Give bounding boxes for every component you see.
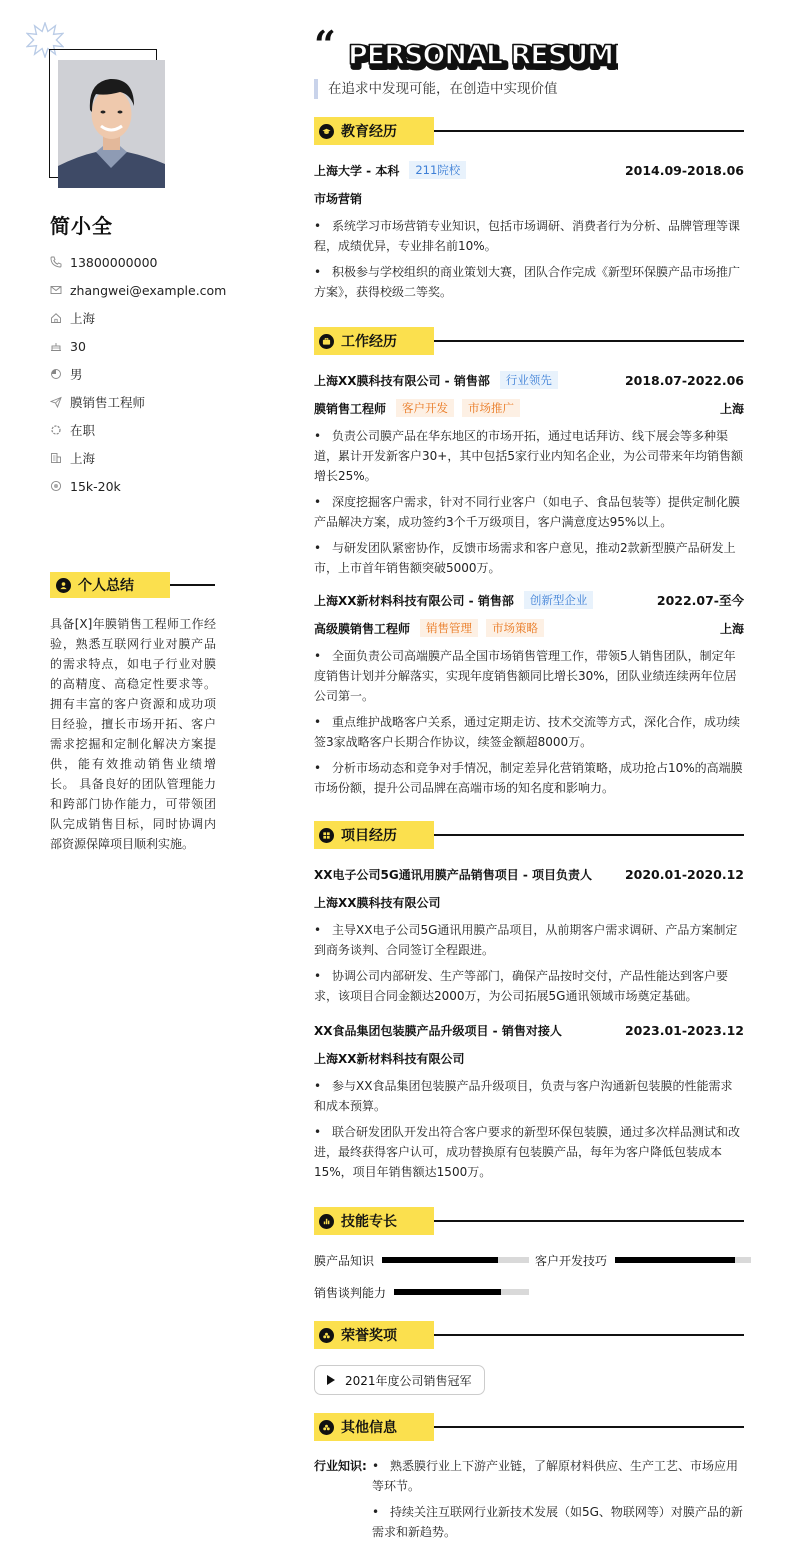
education-date: 2014.09-2018.06 xyxy=(625,163,744,178)
company-tag: 创新型企业 xyxy=(524,591,594,609)
status-icon xyxy=(50,424,62,436)
divider xyxy=(434,340,744,342)
skill-bar xyxy=(615,1257,751,1263)
skills-section-header: 技能专长 xyxy=(314,1207,744,1235)
education-bullets: •系统学习市场营销专业知识，包括市场调研、消费者行为分析、品牌管理等课程，成绩优… xyxy=(314,216,744,308)
award-icon xyxy=(319,1328,334,1343)
list-item: •联合研发团队开发出符合客户要求的新型环保包装膜，通过多次样品测试和改进，最终获… xyxy=(314,1122,744,1182)
info-email: zhangwei@example.com xyxy=(50,276,250,304)
salary-icon xyxy=(50,480,62,492)
skill-tag: 销售管理 xyxy=(420,619,478,637)
education-major-row: 市场营销 xyxy=(314,188,744,208)
list-item: •分析市场动态和竞争对手情况，制定差异化营销策略，成功抢占10%的高端膜市场份额… xyxy=(314,758,744,798)
list-item: •深度挖掘客户需求，针对不同行业客户（如电子、食品包装等）提供定制化膜产品解决方… xyxy=(314,492,744,532)
project-bullets: •参与XX食品集团包装膜产品升级项目，负责与客户沟通新包装膜的性能需求和成本预算… xyxy=(314,1076,744,1188)
project-item-header: XX电子公司5G通讯用膜产品销售项目 - 项目负责人 2020.01-2020.… xyxy=(314,864,744,884)
phone-icon xyxy=(50,256,62,268)
skill-name: 客户开发技巧 xyxy=(535,1252,607,1269)
skill-name: 销售谈判能力 xyxy=(314,1284,386,1301)
project-name: XX食品集团包装膜产品升级项目 - 销售对接人 xyxy=(314,1022,562,1039)
project-company-row: 上海XX膜科技有限公司 xyxy=(314,892,744,912)
work-item-header: 上海XX新材料科技有限公司 - 销售部 创新型企业 2022.07-至今 xyxy=(314,590,744,610)
list-item: •负责公司膜产品在华东地区的市场开拓，通过电话拜访、线下展会等多种渠道，累计开发… xyxy=(314,426,744,486)
list-item: •与研发团队紧密协作，反馈市场需求和客户意见，推动2款新型膜产品研发上市，上市首… xyxy=(314,538,744,578)
skill-item: 膜产品知识 xyxy=(314,1251,529,1269)
gender-icon xyxy=(50,368,62,380)
resume-hero: “ PERSONAL RESUME PERSONAL RESUME xyxy=(314,28,634,74)
major: 市场营销 xyxy=(314,190,362,207)
project-company: 上海XX新材料科技有限公司 xyxy=(314,1050,465,1067)
send-icon xyxy=(50,396,62,408)
skill-tag: 客户开发 xyxy=(396,399,454,417)
list-item: •主导XX电子公司5G通讯用膜产品项目，从前期客户需求调研、产品方案制定到商务谈… xyxy=(314,920,744,960)
divider xyxy=(434,130,744,132)
sidebar: 简小全 13800000000 zhangwei@example.com 上海 … xyxy=(0,0,280,1549)
work-location: 上海 xyxy=(720,400,744,417)
building-icon xyxy=(50,452,62,464)
work-role-row: 高级膜销售工程师 销售管理 市场策略 上海 xyxy=(314,618,744,638)
skill-item: 销售谈判能力 xyxy=(314,1283,529,1301)
job-role: 高级膜销售工程师 xyxy=(314,620,410,637)
info-status: 在职 xyxy=(50,416,250,444)
school-name: 上海大学 - 本科 xyxy=(314,162,399,179)
quote-mark-icon: “ xyxy=(314,26,336,64)
summary-section-header: 个人总结 xyxy=(50,572,215,598)
project-bullets: •主导XX电子公司5G通讯用膜产品项目，从前期客户需求调研、产品方案制定到商务谈… xyxy=(314,920,744,1012)
work-role-row: 膜销售工程师 客户开发 市场推广 上海 xyxy=(314,398,744,418)
info-gender: 男 xyxy=(50,360,250,388)
info-position: 膜销售工程师 xyxy=(50,388,250,416)
summary-text: 具备[X]年膜销售工程师工作经验，熟悉互联网行业对膜产品的需求特点，如电子行业对… xyxy=(50,614,216,854)
skill-bar xyxy=(382,1257,529,1263)
projects-section-header: 项目经历 xyxy=(314,821,744,849)
award-item: 2021年度公司销售冠军 xyxy=(314,1365,485,1395)
divider xyxy=(434,1220,744,1222)
contact-info-list: 13800000000 zhangwei@example.com 上海 30 男… xyxy=(50,248,250,500)
project-company: 上海XX膜科技有限公司 xyxy=(314,894,441,911)
job-role: 膜销售工程师 xyxy=(314,400,386,417)
info-phone: 13800000000 xyxy=(50,248,250,276)
grid-icon xyxy=(319,828,334,843)
work-section-header: 工作经历 xyxy=(314,327,744,355)
list-item: •持续关注互联网行业新技术发展（如5G、物联网等）对膜产品的新需求和新趋势。 xyxy=(372,1502,744,1542)
avatar xyxy=(58,60,165,188)
motto: 在追求中发现可能，在创造中实现价值 xyxy=(314,79,558,99)
work-bullets: •全面负责公司高端膜产品全国市场销售管理工作，带领5人销售团队，制定年度销售计划… xyxy=(314,646,744,804)
cake-icon xyxy=(50,340,62,352)
work-date: 2022.07-至今 xyxy=(657,591,744,609)
bar-chart-icon xyxy=(319,1214,334,1229)
skill-tag: 市场推广 xyxy=(462,399,520,417)
list-item: •积极参与学校组织的商业策划大赛，团队合作完成《新型环保膜产品市场推广方案》，获… xyxy=(314,262,744,302)
play-triangle-icon xyxy=(327,1375,335,1385)
school-tag: 211院校 xyxy=(409,161,466,179)
work-location: 上海 xyxy=(720,620,744,637)
skill-bar xyxy=(394,1289,529,1295)
mail-icon xyxy=(50,284,62,296)
skill-name: 膜产品知识 xyxy=(314,1252,374,1269)
other-section-header: 其他信息 xyxy=(314,1413,744,1441)
graduation-cap-icon xyxy=(319,124,334,139)
divider xyxy=(434,1334,744,1336)
education-item-header: 上海大学 - 本科 211院校 2014.09-2018.06 xyxy=(314,160,744,180)
awards-section-header: 荣誉奖项 xyxy=(314,1321,744,1349)
list-item: •协调公司内部研发、生产等部门，确保产品按时交付，产品性能达到客户要求，该项目合… xyxy=(314,966,744,1006)
company-tag: 行业领先 xyxy=(500,371,558,389)
resume-title: PERSONAL RESUME PERSONAL RESUME xyxy=(348,36,618,76)
company-name: 上海XX膜科技有限公司 - 销售部 xyxy=(314,372,490,389)
user-icon xyxy=(56,578,71,593)
education-section-header: 教育经历 xyxy=(314,117,744,145)
list-item: •重点维护战略客户关系，通过定期走访、技术交流等方式，深化合作，成功续签3家战略… xyxy=(314,712,744,752)
info-city: 上海 xyxy=(50,444,250,472)
project-name: XX电子公司5G通讯用膜产品销售项目 - 项目负责人 xyxy=(314,866,592,883)
project-item-header: XX食品集团包装膜产品升级项目 - 销售对接人 2023.01-2023.12 xyxy=(314,1020,744,1040)
divider xyxy=(170,584,215,586)
list-item: •熟悉膜行业上下游产业链，了解原材料供应、生产工艺、市场应用等环节。 xyxy=(372,1456,744,1496)
project-date: 2023.01-2023.12 xyxy=(625,1023,744,1038)
info-icon xyxy=(319,1420,334,1435)
divider xyxy=(434,1426,744,1428)
info-location: 上海 xyxy=(50,304,250,332)
skill-item: 客户开发技巧 xyxy=(535,1251,751,1269)
divider xyxy=(434,834,744,836)
list-item: •全面负责公司高端膜产品全国市场销售管理工作，带领5人销售团队，制定年度销售计划… xyxy=(314,646,744,706)
award-label: 2021年度公司销售冠军 xyxy=(345,1372,472,1389)
company-name: 上海XX新材料科技有限公司 - 销售部 xyxy=(314,592,514,609)
svg-text:PERSONAL RESUME: PERSONAL RESUME xyxy=(348,40,618,71)
list-item: •系统学习市场营销专业知识，包括市场调研、消费者行为分析、品牌管理等课程，成绩优… xyxy=(314,216,744,256)
work-item-header: 上海XX膜科技有限公司 - 销售部 行业领先 2018.07-2022.06 xyxy=(314,370,744,390)
list-item: •参与XX食品集团包装膜产品升级项目，负责与客户沟通新包装膜的性能需求和成本预算… xyxy=(314,1076,744,1116)
other-label: 行业知识: xyxy=(314,1456,372,1548)
work-bullets: •负责公司膜产品在华东地区的市场开拓，通过电话拜访、线下展会等多种渠道，累计开发… xyxy=(314,426,744,584)
skill-tag: 市场策略 xyxy=(486,619,544,637)
info-salary: 15k-20k xyxy=(50,472,250,500)
summary-title: 个人总结 xyxy=(78,575,134,595)
project-company-row: 上海XX新材料科技有限公司 xyxy=(314,1048,744,1068)
other-info: 行业知识: •熟悉膜行业上下游产业链，了解原材料供应、生产工艺、市场应用等环节。… xyxy=(314,1456,744,1548)
info-age: 30 xyxy=(50,332,250,360)
candidate-name: 简小全 xyxy=(50,210,113,239)
project-date: 2020.01-2020.12 xyxy=(625,867,744,882)
other-bullets: •熟悉膜行业上下游产业链，了解原材料供应、生产工艺、市场应用等环节。 •持续关注… xyxy=(372,1456,744,1548)
briefcase-icon xyxy=(319,334,334,349)
work-date: 2018.07-2022.06 xyxy=(625,373,744,388)
home-icon xyxy=(50,312,62,324)
